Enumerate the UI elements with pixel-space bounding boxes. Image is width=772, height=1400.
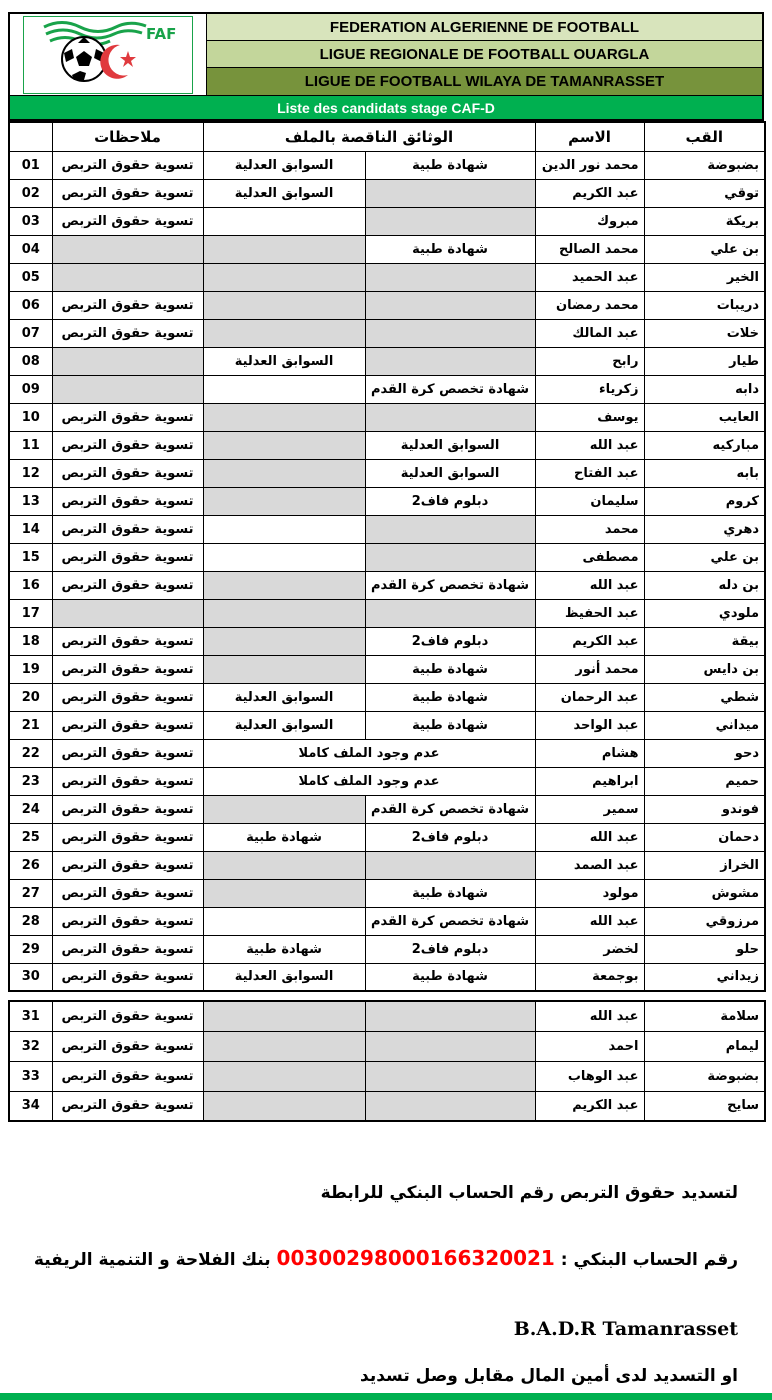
- notes-cell: تسوية حقوق التربص: [52, 543, 203, 571]
- num-cell: 33: [9, 1061, 52, 1091]
- surname-cell: الخير: [644, 263, 765, 291]
- doc1-cell: [365, 599, 535, 627]
- name-cell: رابح: [535, 347, 644, 375]
- doc1-cell: [365, 207, 535, 235]
- notes-cell: [52, 347, 203, 375]
- table-row: بن عليمصطفىتسوية حقوق التربص15: [9, 543, 765, 571]
- table-row: دحوهشامعدم وجود الملف كاملاتسوية حقوق ال…: [9, 739, 765, 767]
- surname-cell: بن علي: [644, 543, 765, 571]
- doc2-cell: شهادة طبية: [203, 823, 365, 851]
- doc1-cell: دبلوم فاف2: [365, 487, 535, 515]
- name-cell: عبد الفتاح: [535, 459, 644, 487]
- name-cell: عبد الحفيظ: [535, 599, 644, 627]
- table-row: مباركيهعبد اللهالسوابق العدليةتسوية حقوق…: [9, 431, 765, 459]
- doc2-cell: [203, 627, 365, 655]
- name-cell: عبد الوهاب: [535, 1061, 644, 1091]
- doc1-cell: دبلوم فاف2: [365, 627, 535, 655]
- name-cell: محمد رمضان: [535, 291, 644, 319]
- surname-cell: سايح: [644, 1091, 765, 1121]
- notes-cell: تسوية حقوق التربص: [52, 1031, 203, 1061]
- candidates-table-body-1: بضبوضةمحمد نور الدينشهادة طبيةالسوابق ال…: [9, 151, 765, 991]
- num-cell: 29: [9, 935, 52, 963]
- notes-cell: تسوية حقوق التربص: [52, 179, 203, 207]
- notes-cell: تسوية حقوق التربص: [52, 403, 203, 431]
- notes-cell: تسوية حقوق التربص: [52, 851, 203, 879]
- candidates-table-1: القب الاسم الوثائق الناقصة بالملف ملاحظا…: [8, 121, 766, 992]
- surname-cell: بابه: [644, 459, 765, 487]
- table-row: فوندوسميرشهادة تخصص كرة القدمتسوية حقوق …: [9, 795, 765, 823]
- num-cell: 09: [9, 375, 52, 403]
- table-row: بضبوضةمحمد نور الدينشهادة طبيةالسوابق ال…: [9, 151, 765, 179]
- notes-cell: تسوية حقوق التربص: [52, 487, 203, 515]
- doc2-cell: [203, 543, 365, 571]
- doc2-cell: [203, 851, 365, 879]
- name-cell: عبد الله: [535, 571, 644, 599]
- table-row: ميدانيعبد الواحدشهادة طبيةالسوابق العدلي…: [9, 711, 765, 739]
- doc2-cell: [203, 907, 365, 935]
- doc2-cell: [203, 235, 365, 263]
- doc2-cell: [203, 459, 365, 487]
- doc2-cell: [203, 207, 365, 235]
- notes-cell: تسوية حقوق التربص: [52, 795, 203, 823]
- doc2-cell: شهادة طبية: [203, 935, 365, 963]
- table-row: سلامةعبد اللهتسوية حقوق التربص31: [9, 1001, 765, 1031]
- surname-cell: العايب: [644, 403, 765, 431]
- num-cell: 21: [9, 711, 52, 739]
- doc2-cell: [203, 515, 365, 543]
- table-row: حلولخضردبلوم فاف2شهادة طبيةتسوية حقوق ال…: [9, 935, 765, 963]
- doc2-cell: [203, 431, 365, 459]
- num-cell: 08: [9, 347, 52, 375]
- doc2-cell: السوابق العدلية: [203, 347, 365, 375]
- doc1-cell: [365, 515, 535, 543]
- table-row: كرومسليماندبلوم فاف2تسوية حقوق التربص13: [9, 487, 765, 515]
- table-row: بريكةمبروكتسوية حقوق التربص03: [9, 207, 765, 235]
- candidates-table-body-2: سلامةعبد اللهتسوية حقوق التربص31ليماماحم…: [9, 1001, 765, 1121]
- notes-cell: تسوية حقوق التربص: [52, 627, 203, 655]
- name-cell: عبد الصمد: [535, 851, 644, 879]
- federation-title: FEDERATION ALGERIENNE DE FOOTBALL: [207, 14, 762, 41]
- table-row: سايحعبد الكريمتسوية حقوق التربص34: [9, 1091, 765, 1121]
- surname-cell: مشوش: [644, 879, 765, 907]
- num-cell: 03: [9, 207, 52, 235]
- surname-cell: توقي: [644, 179, 765, 207]
- surname-cell: زيداني: [644, 963, 765, 991]
- notes-cell: تسوية حقوق التربص: [52, 1001, 203, 1031]
- notes-cell: تسوية حقوق التربص: [52, 739, 203, 767]
- doc2-cell: [203, 1061, 365, 1091]
- num-cell: 24: [9, 795, 52, 823]
- surname-cell: حلو: [644, 935, 765, 963]
- doc1-cell: شهادة طبية: [365, 655, 535, 683]
- surname-cell: خلات: [644, 319, 765, 347]
- doc1-cell: شهادة تخصص كرة القدم: [365, 375, 535, 403]
- num-cell: 20: [9, 683, 52, 711]
- num-cell: 17: [9, 599, 52, 627]
- notes-cell: تسوية حقوق التربص: [52, 767, 203, 795]
- doc2-cell: [203, 795, 365, 823]
- name-cell: عبد الله: [535, 431, 644, 459]
- doc1-cell: [365, 1031, 535, 1061]
- table-row: مشوشمولودشهادة طبيةتسوية حقوق التربص27: [9, 879, 765, 907]
- num-cell: 06: [9, 291, 52, 319]
- header-bars: FEDERATION ALGERIENNE DE FOOTBALL LIGUE …: [207, 14, 762, 95]
- doc1-cell: شهادة طبية: [365, 235, 535, 263]
- ligue-wilaya-title: LIGUE DE FOOTBALL WILAYA DE TAMANRASSET: [207, 68, 762, 95]
- surname-cell: دريبات: [644, 291, 765, 319]
- doc1-cell: شهادة تخصص كرة القدم: [365, 795, 535, 823]
- name-cell: سليمان: [535, 487, 644, 515]
- num-cell: 07: [9, 319, 52, 347]
- doc1-cell: [365, 543, 535, 571]
- num-cell: 16: [9, 571, 52, 599]
- table-row: خلاتعبد المالكتسوية حقوق التربص07: [9, 319, 765, 347]
- notes-cell: تسوية حقوق التربص: [52, 151, 203, 179]
- surname-cell: طيار: [644, 347, 765, 375]
- name-cell: عبد الحميد: [535, 263, 644, 291]
- table-row: بضبوضةعبد الوهابتسوية حقوق التربص33: [9, 1061, 765, 1091]
- doc2-cell: [203, 599, 365, 627]
- doc2-cell: السوابق العدلية: [203, 151, 365, 179]
- num-cell: 04: [9, 235, 52, 263]
- treasurer-payment-line: او التسديد لدى أمين المال مقابل وصل تسدي…: [360, 1366, 738, 1386]
- name-cell: محمد نور الدين: [535, 151, 644, 179]
- ligue-regionale-title: LIGUE REGIONALE DE FOOTBALL OUARGLA: [207, 41, 762, 68]
- name-header: الاسم: [535, 122, 644, 151]
- doc1-cell: شهادة تخصص كرة القدم: [365, 571, 535, 599]
- doc2-cell: [203, 487, 365, 515]
- notes-cell: تسوية حقوق التربص: [52, 879, 203, 907]
- surname-cell: دابه: [644, 375, 765, 403]
- name-cell: عبد الكريم: [535, 627, 644, 655]
- doc1-cell: السوابق العدلية: [365, 459, 535, 487]
- name-cell: محمد الصالح: [535, 235, 644, 263]
- doc1-cell: دبلوم فاف2: [365, 935, 535, 963]
- docs-merged-cell: عدم وجود الملف كاملا: [203, 767, 535, 795]
- doc2-cell: [203, 1031, 365, 1061]
- table-row: توقيعبد الكريمالسوابق العدليةتسوية حقوق …: [9, 179, 765, 207]
- table-row: بيقةعبد الكريمدبلوم فاف2تسوية حقوق الترب…: [9, 627, 765, 655]
- surname-cell: حميم: [644, 767, 765, 795]
- surname-cell: بن دله: [644, 571, 765, 599]
- surname-cell: الخراز: [644, 851, 765, 879]
- table-row: دحمانعبد اللهدبلوم فاف2شهادة طبيةتسوية ح…: [9, 823, 765, 851]
- name-cell: ابراهيم: [535, 767, 644, 795]
- name-cell: عبد الله: [535, 823, 644, 851]
- surname-cell: بيقة: [644, 627, 765, 655]
- doc1-cell: شهادة طبية: [365, 879, 535, 907]
- notes-cell: تسوية حقوق التربص: [52, 1091, 203, 1121]
- name-cell: عبد الكريم: [535, 179, 644, 207]
- surname-cell: ليمام: [644, 1031, 765, 1061]
- name-cell: بوجمعة: [535, 963, 644, 991]
- name-cell: لخضر: [535, 935, 644, 963]
- doc2-cell: [203, 375, 365, 403]
- num-cell: 23: [9, 767, 52, 795]
- num-cell: 26: [9, 851, 52, 879]
- doc1-cell: [365, 179, 535, 207]
- notes-cell: تسوية حقوق التربص: [52, 319, 203, 347]
- number-header: [9, 122, 52, 151]
- surname-cell: مرزوقي: [644, 907, 765, 935]
- logo-cell: FAF: [10, 14, 207, 95]
- name-cell: زكرياء: [535, 375, 644, 403]
- num-cell: 31: [9, 1001, 52, 1031]
- name-cell: عبد الله: [535, 1001, 644, 1031]
- table-row: بن دايسمحمد أنورشهادة طبيةتسوية حقوق الت…: [9, 655, 765, 683]
- faf-logo: FAF: [23, 16, 193, 94]
- name-cell: محمد: [535, 515, 644, 543]
- notes-cell: تسوية حقوق التربص: [52, 459, 203, 487]
- num-cell: 19: [9, 655, 52, 683]
- doc2-cell: [203, 403, 365, 431]
- notes-cell: [52, 375, 203, 403]
- table-row: شطيعبد الرحمانشهادة طبيةالسوابق العدليةت…: [9, 683, 765, 711]
- table-row: ملوديعبد الحفيظ17: [9, 599, 765, 627]
- notes-cell: [52, 599, 203, 627]
- surname-header: القب: [644, 122, 765, 151]
- num-cell: 25: [9, 823, 52, 851]
- doc1-cell: [365, 1091, 535, 1121]
- doc2-cell: [203, 263, 365, 291]
- num-cell: 22: [9, 739, 52, 767]
- num-cell: 30: [9, 963, 52, 991]
- table-row: طياررابحالسوابق العدلية08: [9, 347, 765, 375]
- document-page: FAF FEDERATION ALGERIENNE DE FOOTBALL LI…: [8, 12, 764, 1122]
- num-cell: 12: [9, 459, 52, 487]
- doc2-cell: السوابق العدلية: [203, 179, 365, 207]
- account-label: رقم الحساب البنكي :: [561, 1250, 738, 1270]
- table-row: الخرازعبد الصمدتسوية حقوق التربص26: [9, 851, 765, 879]
- surname-cell: كروم: [644, 487, 765, 515]
- notes-cell: تسوية حقوق التربص: [52, 683, 203, 711]
- notes-cell: [52, 235, 203, 263]
- surname-cell: مباركيه: [644, 431, 765, 459]
- table-row: دهريمحمدتسوية حقوق التربص14: [9, 515, 765, 543]
- account-number: 00300298000166320021: [277, 1246, 555, 1270]
- doc1-cell: [365, 851, 535, 879]
- name-cell: احمد: [535, 1031, 644, 1061]
- surname-cell: بريكة: [644, 207, 765, 235]
- name-cell: عبد الواحد: [535, 711, 644, 739]
- doc2-cell: [203, 291, 365, 319]
- table-row: بابهعبد الفتاحالسوابق العدليةتسوية حقوق …: [9, 459, 765, 487]
- table-row: دريباتمحمد رمضانتسوية حقوق التربص06: [9, 291, 765, 319]
- svg-text:FAF: FAF: [146, 25, 176, 43]
- doc2-cell: [203, 319, 365, 347]
- table-row: زيدانيبوجمعةشهادة طبيةالسوابق العدليةتسو…: [9, 963, 765, 991]
- num-cell: 13: [9, 487, 52, 515]
- surname-cell: بن دايس: [644, 655, 765, 683]
- doc2-cell: السوابق العدلية: [203, 683, 365, 711]
- doc1-cell: شهادة طبية: [365, 683, 535, 711]
- doc2-cell: [203, 1001, 365, 1031]
- name-cell: سمير: [535, 795, 644, 823]
- doc1-cell: شهادة طبية: [365, 963, 535, 991]
- doc1-cell: [365, 291, 535, 319]
- notes-cell: تسوية حقوق التربص: [52, 207, 203, 235]
- doc2-cell: [203, 879, 365, 907]
- missing-docs-header: الوثائق الناقصة بالملف: [203, 122, 535, 151]
- doc1-cell: شهادة طبية: [365, 711, 535, 739]
- notes-cell: تسوية حقوق التربص: [52, 515, 203, 543]
- num-cell: 32: [9, 1031, 52, 1061]
- name-cell: مولود: [535, 879, 644, 907]
- surname-cell: ملودي: [644, 599, 765, 627]
- doc2-cell: [203, 571, 365, 599]
- table-row: دابهزكرياءشهادة تخصص كرة القدم09: [9, 375, 765, 403]
- name-cell: عبد الكريم: [535, 1091, 644, 1121]
- name-cell: محمد أنور: [535, 655, 644, 683]
- notes-cell: تسوية حقوق التربص: [52, 291, 203, 319]
- doc1-cell: [365, 319, 535, 347]
- liste-title-bar: Liste des candidats stage CAF-D: [8, 95, 764, 121]
- table-row: مرزوقيعبد اللهشهادة تخصص كرة القدمتسوية …: [9, 907, 765, 935]
- bank-account-line: رقم الحساب البنكي : 00300298000166320021…: [34, 1246, 738, 1270]
- name-cell: عبد الرحمان: [535, 683, 644, 711]
- docs-merged-cell: عدم وجود الملف كاملا: [203, 739, 535, 767]
- notes-cell: تسوية حقوق التربص: [52, 935, 203, 963]
- table-header-row: القب الاسم الوثائق الناقصة بالملف ملاحظا…: [9, 122, 765, 151]
- num-cell: 10: [9, 403, 52, 431]
- num-cell: 05: [9, 263, 52, 291]
- doc1-cell: دبلوم فاف2: [365, 823, 535, 851]
- doc1-cell: [365, 403, 535, 431]
- doc1-cell: شهادة طبية: [365, 151, 535, 179]
- table-row: بن عليمحمد الصالحشهادة طبية04: [9, 235, 765, 263]
- doc2-cell: السوابق العدلية: [203, 963, 365, 991]
- surname-cell: بضبوضة: [644, 151, 765, 179]
- surname-cell: شطي: [644, 683, 765, 711]
- name-cell: مصطفى: [535, 543, 644, 571]
- surname-cell: دهري: [644, 515, 765, 543]
- name-cell: هشام: [535, 739, 644, 767]
- num-cell: 27: [9, 879, 52, 907]
- num-cell: 11: [9, 431, 52, 459]
- surname-cell: فوندو: [644, 795, 765, 823]
- surname-cell: بضبوضة: [644, 1061, 765, 1091]
- surname-cell: بن علي: [644, 235, 765, 263]
- notes-cell: تسوية حقوق التربص: [52, 655, 203, 683]
- payment-instruction-line: لتسديد حقوق التربص رقم الحساب البنكي للر…: [321, 1183, 738, 1203]
- badr-line: B.A.D.R Tamanrasset: [514, 1318, 738, 1340]
- num-cell: 18: [9, 627, 52, 655]
- notes-cell: [52, 263, 203, 291]
- table-row: ليماماحمدتسوية حقوق التربص32: [9, 1031, 765, 1061]
- candidates-table-2: سلامةعبد اللهتسوية حقوق التربص31ليماماحم…: [8, 1000, 766, 1122]
- document-header: FAF FEDERATION ALGERIENNE DE FOOTBALL LI…: [8, 12, 764, 95]
- table-row: بن دلهعبد اللهشهادة تخصص كرة القدمتسوية …: [9, 571, 765, 599]
- table-row: الخيرعبد الحميد05: [9, 263, 765, 291]
- bottom-green-bar: [0, 1393, 772, 1400]
- notes-header: ملاحظات: [52, 122, 203, 151]
- doc1-cell: [365, 1001, 535, 1031]
- surname-cell: ميداني: [644, 711, 765, 739]
- num-cell: 02: [9, 179, 52, 207]
- num-cell: 28: [9, 907, 52, 935]
- doc1-cell: [365, 263, 535, 291]
- doc2-cell: [203, 1091, 365, 1121]
- num-cell: 14: [9, 515, 52, 543]
- table-row: العايبيوسفتسوية حقوق التربص10: [9, 403, 765, 431]
- doc1-cell: [365, 347, 535, 375]
- num-cell: 01: [9, 151, 52, 179]
- doc1-cell: [365, 1061, 535, 1091]
- faf-logo-icon: FAF: [24, 17, 190, 91]
- doc2-cell: [203, 655, 365, 683]
- notes-cell: تسوية حقوق التربص: [52, 963, 203, 991]
- notes-cell: تسوية حقوق التربص: [52, 907, 203, 935]
- doc1-cell: السوابق العدلية: [365, 431, 535, 459]
- table-row: حميمابراهيمعدم وجود الملف كاملاتسوية حقو…: [9, 767, 765, 795]
- surname-cell: دحمان: [644, 823, 765, 851]
- notes-cell: تسوية حقوق التربص: [52, 1061, 203, 1091]
- table-gap: [8, 992, 764, 1000]
- doc2-cell: السوابق العدلية: [203, 711, 365, 739]
- name-cell: يوسف: [535, 403, 644, 431]
- surname-cell: دحو: [644, 739, 765, 767]
- name-cell: عبد المالك: [535, 319, 644, 347]
- notes-cell: تسوية حقوق التربص: [52, 823, 203, 851]
- num-cell: 15: [9, 543, 52, 571]
- name-cell: عبد الله: [535, 907, 644, 935]
- notes-cell: تسوية حقوق التربص: [52, 571, 203, 599]
- surname-cell: سلامة: [644, 1001, 765, 1031]
- num-cell: 34: [9, 1091, 52, 1121]
- notes-cell: تسوية حقوق التربص: [52, 711, 203, 739]
- doc1-cell: شهادة تخصص كرة القدم: [365, 907, 535, 935]
- notes-cell: تسوية حقوق التربص: [52, 431, 203, 459]
- bank-name: بنك الفلاحة و التنمية الريفية: [34, 1250, 271, 1270]
- name-cell: مبروك: [535, 207, 644, 235]
